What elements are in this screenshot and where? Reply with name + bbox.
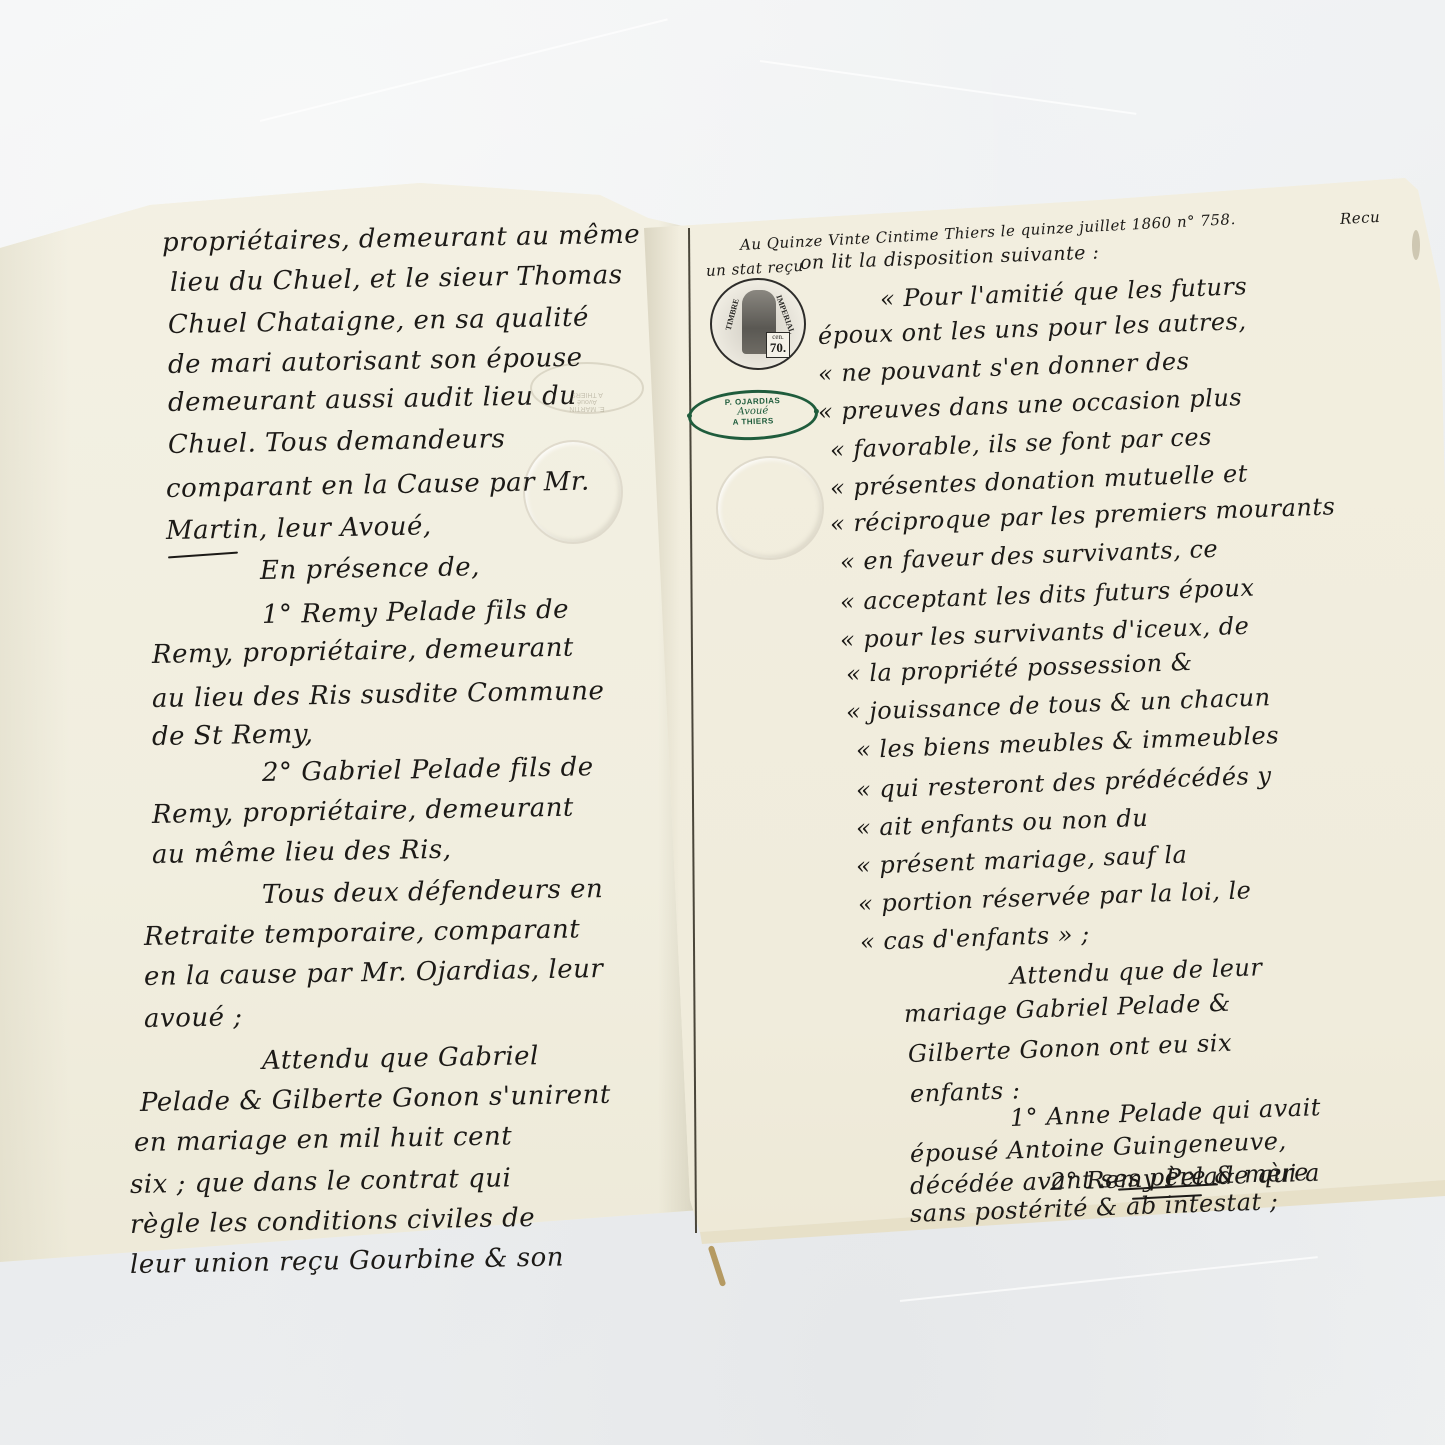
left-line: au même lieu des Ris, bbox=[152, 835, 452, 870]
timbre-denomination: cen. 70. bbox=[766, 332, 790, 358]
left-line: Martin, leur Avoué, bbox=[166, 511, 432, 546]
left-line: Tous deux défendeurs en bbox=[262, 874, 604, 910]
right-line: enfants : bbox=[910, 1076, 1021, 1108]
left-line: Attendu que Gabriel bbox=[262, 1041, 539, 1076]
embossed-seal-right bbox=[716, 456, 824, 560]
left-line: 1° Remy Pelade fils de bbox=[262, 595, 570, 630]
left-line: En présence de, bbox=[260, 552, 480, 586]
left-line: avoué ; bbox=[144, 1002, 243, 1034]
timbre-imperial-stamp: TIMBRE IMPERIAL cen. 70. bbox=[710, 278, 806, 370]
left-line: 2° Gabriel Pelade fils de bbox=[262, 752, 594, 788]
edge-stain bbox=[1412, 230, 1420, 260]
left-line: Chuel. Tous demandeurs bbox=[168, 424, 506, 460]
header-line-1-tail: Recu bbox=[1340, 208, 1381, 228]
timbre-right-arc: IMPERIAL bbox=[774, 294, 796, 336]
timbre-left-arc: TIMBRE bbox=[724, 298, 741, 332]
left-line: de St Remy, bbox=[152, 719, 314, 752]
